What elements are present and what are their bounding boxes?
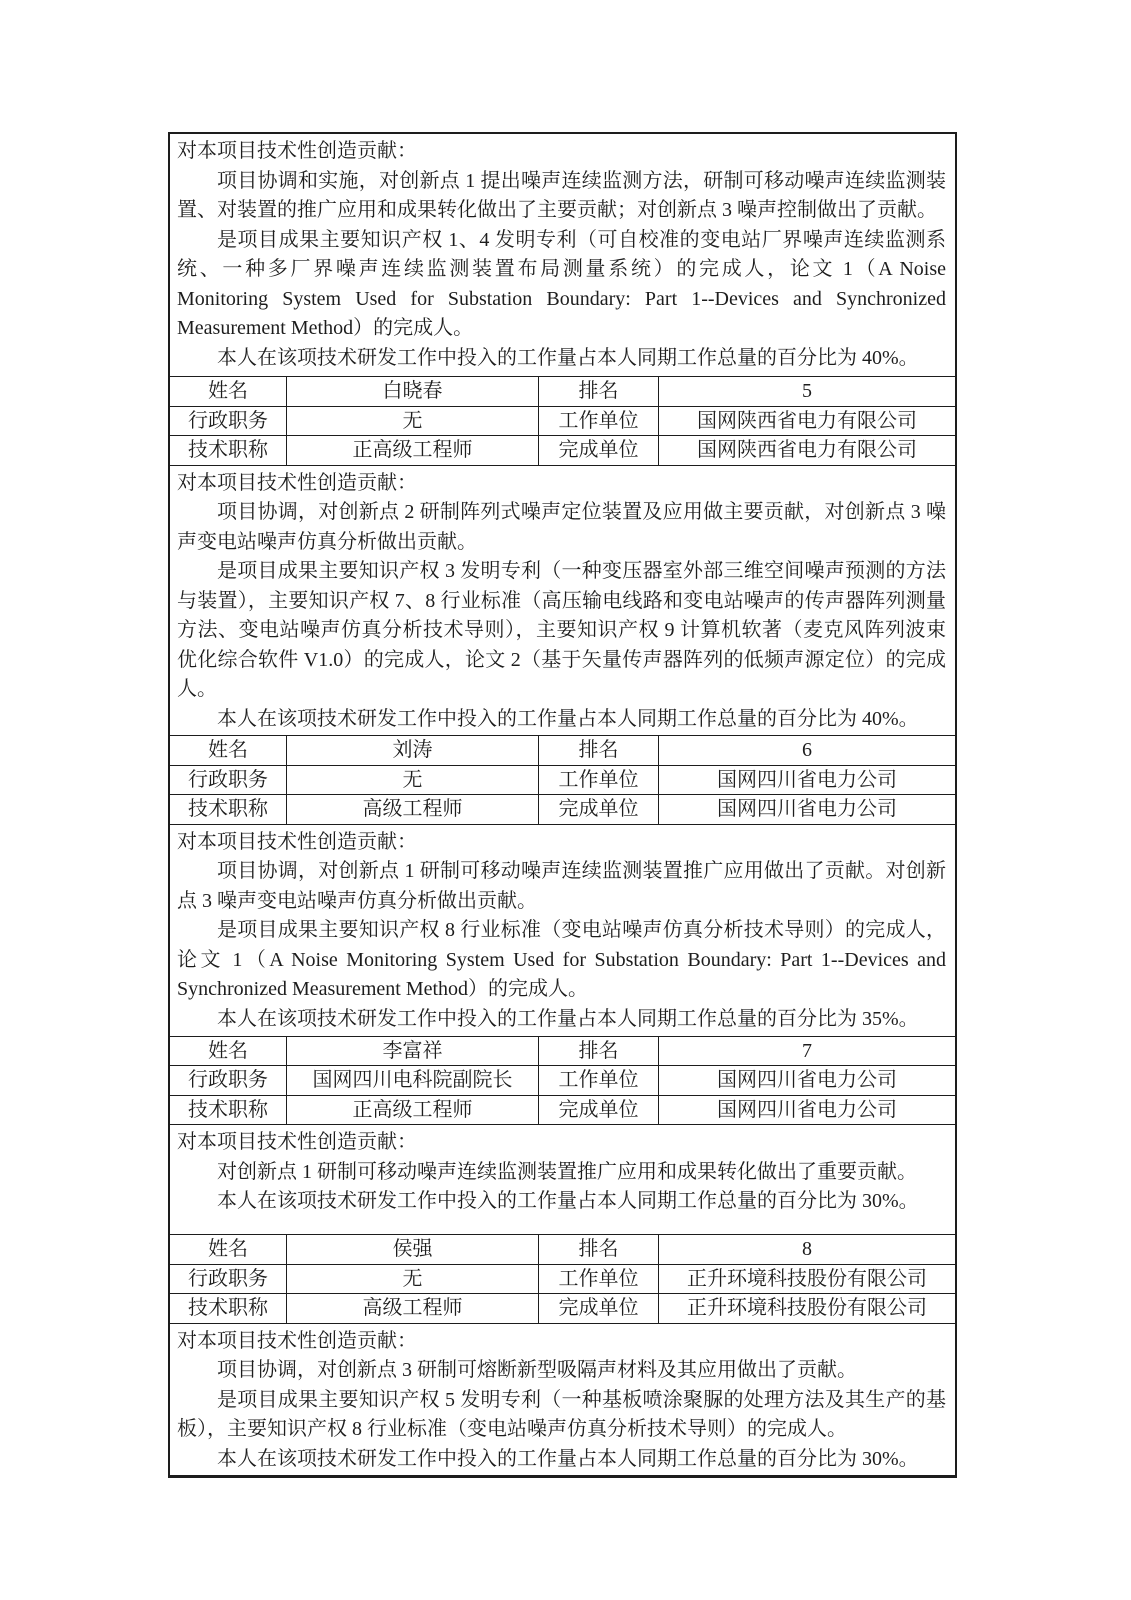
contribution-paragraph: 本人在该项技术研发工作中投入的工作量占本人同期工作总量的百分比为 40%。	[177, 344, 946, 374]
person-info-table: 姓名 刘涛 排名 6 行政职务 无 工作单位 国网四川省电力公司 技术职称 高级…	[170, 736, 955, 825]
field-label-cell: 完成单位	[538, 1096, 658, 1125]
field-value-cell: 6	[658, 736, 955, 765]
field-value-cell: 国网陕西省电力有限公司	[658, 407, 955, 436]
table-row: 姓名 李富祥 排名 7	[170, 1037, 955, 1066]
field-label-cell: 完成单位	[538, 1294, 658, 1323]
contribution-paragraph: 本人在该项技术研发工作中投入的工作量占本人同期工作总量的百分比为 35%。	[177, 1005, 946, 1035]
table-row: 姓名 白晓春 排名 5	[170, 377, 955, 406]
table-row: 行政职务 无 工作单位 国网陕西省电力有限公司	[170, 406, 955, 436]
field-value-cell: 无	[286, 407, 538, 436]
contribution-paragraph: 项目协调，对创新点 1 研制可移动噪声连续监测装置推广应用做出了贡献。对创新点 …	[177, 857, 946, 916]
contribution-paragraph: 是项目成果主要知识产权 5 发明专利（一种基板喷涂聚脲的处理方法及其生产的基板）…	[177, 1386, 946, 1445]
contribution-title: 对本项目技术性创造贡献：	[177, 828, 946, 858]
field-value-cell: 白晓春	[286, 377, 538, 406]
field-value-cell: 国网四川省电力公司	[658, 1096, 955, 1125]
table-row: 姓名 侯强 排名 8	[170, 1235, 955, 1264]
contribution-block: 对本项目技术性创造贡献： 项目协调，对创新点 3 研制可熔断新型吸隔声材料及其应…	[170, 1324, 955, 1476]
field-value-cell: 5	[658, 377, 955, 406]
field-value-cell: 无	[286, 766, 538, 795]
table-row: 技术职称 正高级工程师 完成单位 国网陕西省电力有限公司	[170, 435, 955, 465]
field-label-cell: 排名	[538, 736, 658, 765]
field-label-cell: 工作单位	[538, 1066, 658, 1095]
table-row: 姓名 刘涛 排名 6	[170, 736, 955, 765]
table-row: 技术职称 正高级工程师 完成单位 国网四川省电力公司	[170, 1095, 955, 1125]
contribution-block: 对本项目技术性创造贡献： 项目协调，对创新点 1 研制可移动噪声连续监测装置推广…	[170, 825, 955, 1037]
table-row: 行政职务 无 工作单位 国网四川省电力公司	[170, 765, 955, 795]
field-value-cell: 侯强	[286, 1235, 538, 1264]
contribution-paragraph: 本人在该项技术研发工作中投入的工作量占本人同期工作总量的百分比为 30%。	[177, 1445, 946, 1475]
field-label-cell: 行政职务	[170, 766, 286, 795]
field-value-cell: 刘涛	[286, 736, 538, 765]
field-label-cell: 排名	[538, 1235, 658, 1264]
field-label-cell: 技术职称	[170, 795, 286, 824]
field-label-cell: 完成单位	[538, 436, 658, 465]
field-label-cell: 完成单位	[538, 795, 658, 824]
table-row: 行政职务 无 工作单位 正升环境科技股份有限公司	[170, 1264, 955, 1294]
contribution-paragraph: 是项目成果主要知识产权 1、4 发明专利（可自校准的变电站厂界噪声连续监测系统、…	[177, 226, 946, 344]
contribution-paragraph: 对创新点 1 研制可移动噪声连续监测装置推广应用和成果转化做出了重要贡献。	[177, 1158, 946, 1188]
field-value-cell: 高级工程师	[286, 795, 538, 824]
table-row: 技术职称 高级工程师 完成单位 正升环境科技股份有限公司	[170, 1293, 955, 1323]
field-value-cell: 正升环境科技股份有限公司	[658, 1294, 955, 1323]
contribution-title: 对本项目技术性创造贡献：	[177, 469, 946, 499]
contribution-paragraph: 项目协调，对创新点 2 研制阵列式噪声定位装置及应用做主要贡献，对创新点 3 噪…	[177, 498, 946, 557]
document-table: 对本项目技术性创造贡献： 项目协调和实施，对创新点 1 提出噪声连续监测方法，研…	[168, 132, 957, 1478]
field-label-cell: 工作单位	[538, 407, 658, 436]
contribution-title: 对本项目技术性创造贡献：	[177, 137, 946, 167]
contribution-title: 对本项目技术性创造贡献：	[177, 1128, 946, 1158]
field-label-cell: 工作单位	[538, 766, 658, 795]
field-label-cell: 姓名	[170, 377, 286, 406]
field-label-cell: 技术职称	[170, 436, 286, 465]
field-label-cell: 行政职务	[170, 1066, 286, 1095]
field-value-cell: 8	[658, 1235, 955, 1264]
field-label-cell: 工作单位	[538, 1265, 658, 1294]
contribution-paragraph: 本人在该项技术研发工作中投入的工作量占本人同期工作总量的百分比为 40%。	[177, 705, 946, 735]
contribution-title: 对本项目技术性创造贡献：	[177, 1327, 946, 1357]
person-info-table: 姓名 李富祥 排名 7 行政职务 国网四川电科院副院长 工作单位 国网四川省电力…	[170, 1037, 955, 1126]
field-value-cell: 国网陕西省电力有限公司	[658, 436, 955, 465]
person-info-table: 姓名 侯强 排名 8 行政职务 无 工作单位 正升环境科技股份有限公司 技术职称…	[170, 1235, 955, 1324]
table-row: 技术职称 高级工程师 完成单位 国网四川省电力公司	[170, 794, 955, 824]
contribution-paragraph: 是项目成果主要知识产权 3 发明专利（一种变压器室外部三维空间噪声预测的方法与装…	[177, 557, 946, 705]
field-label-cell: 技术职称	[170, 1096, 286, 1125]
field-value-cell: 正升环境科技股份有限公司	[658, 1265, 955, 1294]
field-label-cell: 排名	[538, 1037, 658, 1066]
field-value-cell: 李富祥	[286, 1037, 538, 1066]
field-value-cell: 正高级工程师	[286, 436, 538, 465]
field-value-cell: 正高级工程师	[286, 1096, 538, 1125]
field-label-cell: 姓名	[170, 1037, 286, 1066]
field-value-cell: 7	[658, 1037, 955, 1066]
contribution-block: 对本项目技术性创造贡献： 项目协调，对创新点 2 研制阵列式噪声定位装置及应用做…	[170, 466, 955, 737]
field-value-cell: 国网四川省电力公司	[658, 795, 955, 824]
field-label-cell: 技术职称	[170, 1294, 286, 1323]
contribution-paragraph: 项目协调和实施，对创新点 1 提出噪声连续监测方法，研制可移动噪声连续监测装置、…	[177, 167, 946, 226]
field-value-cell: 国网四川电科院副院长	[286, 1066, 538, 1095]
field-label-cell: 排名	[538, 377, 658, 406]
field-label-cell: 姓名	[170, 736, 286, 765]
contribution-paragraph: 是项目成果主要知识产权 8 行业标准（变电站噪声仿真分析技术导则）的完成人，论文…	[177, 916, 946, 1005]
contribution-block: 对本项目技术性创造贡献： 对创新点 1 研制可移动噪声连续监测装置推广应用和成果…	[170, 1125, 955, 1235]
person-info-table: 姓名 白晓春 排名 5 行政职务 无 工作单位 国网陕西省电力有限公司 技术职称…	[170, 377, 955, 466]
field-value-cell: 国网四川省电力公司	[658, 1066, 955, 1095]
field-value-cell: 高级工程师	[286, 1294, 538, 1323]
field-value-cell: 国网四川省电力公司	[658, 766, 955, 795]
field-label-cell: 行政职务	[170, 407, 286, 436]
table-row: 行政职务 国网四川电科院副院长 工作单位 国网四川省电力公司	[170, 1065, 955, 1095]
field-label-cell: 姓名	[170, 1235, 286, 1264]
contribution-block: 对本项目技术性创造贡献： 项目协调和实施，对创新点 1 提出噪声连续监测方法，研…	[170, 134, 955, 377]
contribution-paragraph: 项目协调，对创新点 3 研制可熔断新型吸隔声材料及其应用做出了贡献。	[177, 1356, 946, 1386]
document-page: 对本项目技术性创造贡献： 项目协调和实施，对创新点 1 提出噪声连续监测方法，研…	[0, 0, 1131, 1600]
field-value-cell: 无	[286, 1265, 538, 1294]
contribution-paragraph: 本人在该项技术研发工作中投入的工作量占本人同期工作总量的百分比为 30%。	[177, 1187, 946, 1217]
field-label-cell: 行政职务	[170, 1265, 286, 1294]
